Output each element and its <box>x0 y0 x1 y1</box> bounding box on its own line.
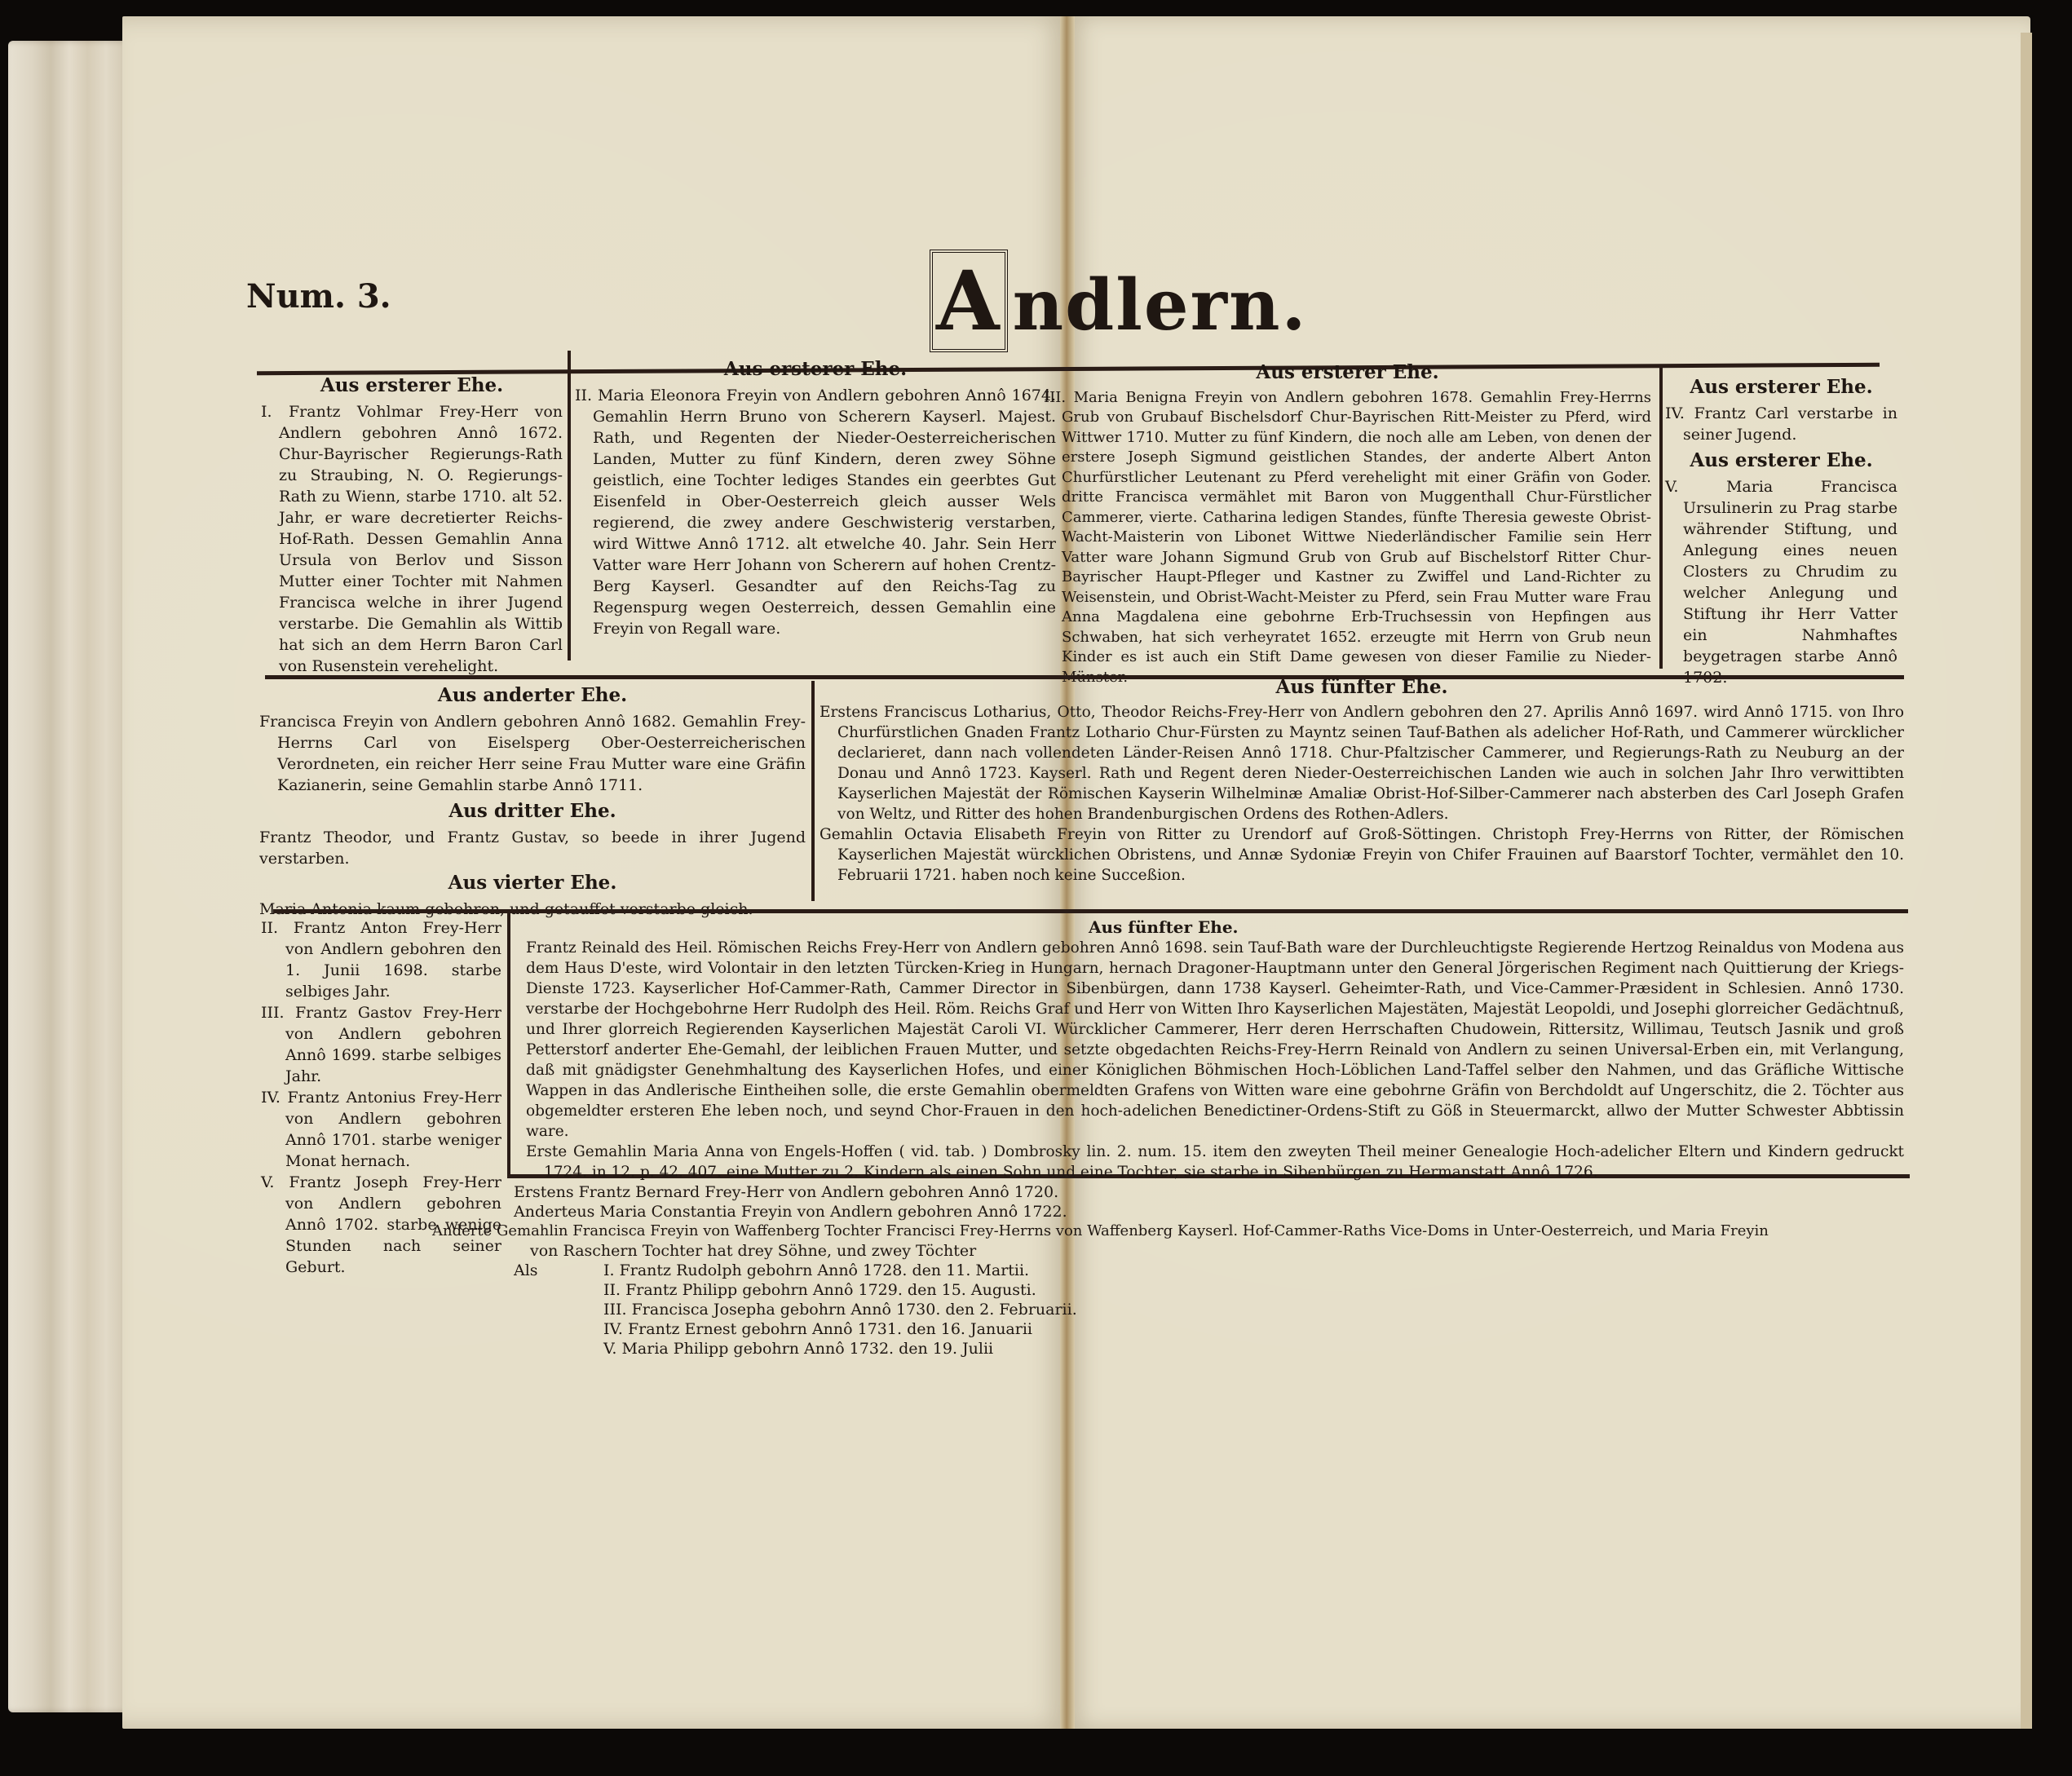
entry-text: Frantz Reinald des Heil. Römischen Reich… <box>526 938 1904 1142</box>
list-item: II. Frantz Philipp gebohrn Annô 1729. de… <box>603 1280 1077 1300</box>
list-item: IV. Frantz Ernest gebohrn Annô 1731. den… <box>603 1319 1077 1339</box>
children-list-footer: I. Frantz Rudolph gebohrn Annô 1728. den… <box>603 1261 1077 1359</box>
lower-row-rule <box>273 909 1908 913</box>
section-heading: Aus fünfter Ehe. <box>820 677 1904 697</box>
entry-text: Erste Gemahlin Maria Anna von Engels-Hof… <box>526 1142 1904 1182</box>
list-item: III. Frantz Gastov Frey-Herr von Andlern… <box>261 1002 501 1087</box>
entry-text: Gemahlin Octavia Elisabeth Freyin von Ri… <box>820 824 1904 886</box>
entry-first-marriage-1: Aus ersterer Ehe. I. Frantz Vohlmar Frey… <box>261 375 563 677</box>
page-title: Andlern. <box>930 253 1307 349</box>
entry-text: IV. Frantz Carl verstarbe in seiner Juge… <box>1665 403 1897 445</box>
column-divider <box>568 351 571 660</box>
list-item: V. Maria Philipp gebohrn Annô 1732. den … <box>603 1339 1077 1359</box>
list-item: II. Frantz Anton Frey-Herr von Andlern g… <box>261 917 501 1002</box>
entry-frantz-reinald: Aus fünfter Ehe. Frantz Reinald des Heil… <box>526 917 1904 1182</box>
list-item: III. Francisca Josepha gebohrn Annô 1730… <box>603 1300 1077 1319</box>
footer-genealogy: Erstens Frantz Bernard Frey-Herr von And… <box>432 1182 1908 1359</box>
list-item: I. Frantz Rudolph gebohrn Annô 1728. den… <box>603 1261 1077 1280</box>
entry-first-marriage-2: Aus ersterer Ehe. II. Maria Eleonora Fre… <box>575 359 1056 639</box>
entry-text: Erstens Franciscus Lotharius, Otto, Theo… <box>820 702 1904 824</box>
entries-other-marriages: Aus anderter Ehe. Francisca Freyin von A… <box>259 685 806 920</box>
page-edge-stack <box>8 41 130 1712</box>
section-heading: Aus ersterer Ehe. <box>1665 377 1897 398</box>
footer-line: Anderte Gemahlin Francisca Freyin von Wa… <box>432 1222 1908 1241</box>
footer-als-label: Als <box>432 1261 603 1359</box>
decorated-initial: A <box>930 250 1008 352</box>
entry-text: Francisca Freyin von Andlern gebohren An… <box>259 711 806 796</box>
section-heading: Aus ersterer Ehe. <box>1665 450 1897 471</box>
entry-first-marriage-3: Aus ersterer Ehe. III. Maria Benigna Fre… <box>1044 363 1651 687</box>
title-rest: ndlern. <box>1013 264 1308 347</box>
entry-first-marriage-4-5: Aus ersterer Ehe. IV. Frantz Carl versta… <box>1665 377 1897 688</box>
footer-line: Erstens Frantz Bernard Frey-Herr von And… <box>432 1182 1908 1202</box>
entries-fifth-marriage: Aus fünfter Ehe. Erstens Franciscus Loth… <box>820 677 1904 886</box>
entry-text: Frantz Theodor, und Frantz Gustav, so be… <box>259 827 806 869</box>
table-number: Num. 3. <box>246 277 391 316</box>
column-divider <box>811 681 815 901</box>
section-heading: Aus vierter Ehe. <box>259 873 806 894</box>
footer-line: von Raschern Tochter hat drey Söhne, und… <box>432 1241 1908 1261</box>
column-divider <box>507 913 510 1176</box>
entry-text: V. Maria Francisca Ursulinerin zu Prag s… <box>1665 476 1897 688</box>
entry-text: III. Maria Benigna Freyin von Andlern ge… <box>1044 388 1651 688</box>
section-heading: Aus ersterer Ehe. <box>1044 363 1651 383</box>
right-page-edge <box>2021 33 2032 1729</box>
list-item: IV. Frantz Antonius Frey-Herr von Andler… <box>261 1087 501 1172</box>
column-divider <box>1659 367 1663 669</box>
entry-text: II. Maria Eleonora Freyin von Andlern ge… <box>575 385 1056 639</box>
footer-line: Anderteus Maria Constantia Freyin von An… <box>432 1202 1908 1222</box>
section-heading: Aus anderter Ehe. <box>259 685 806 706</box>
section-heading: Aus dritter Ehe. <box>259 801 806 822</box>
section-heading: Aus ersterer Ehe. <box>261 375 563 396</box>
section-heading: Aus fünfter Ehe. <box>526 917 1904 938</box>
entry-text: I. Frantz Vohlmar Frey-Herr von Andlern … <box>261 401 563 677</box>
section-heading: Aus ersterer Ehe. <box>575 359 1056 380</box>
